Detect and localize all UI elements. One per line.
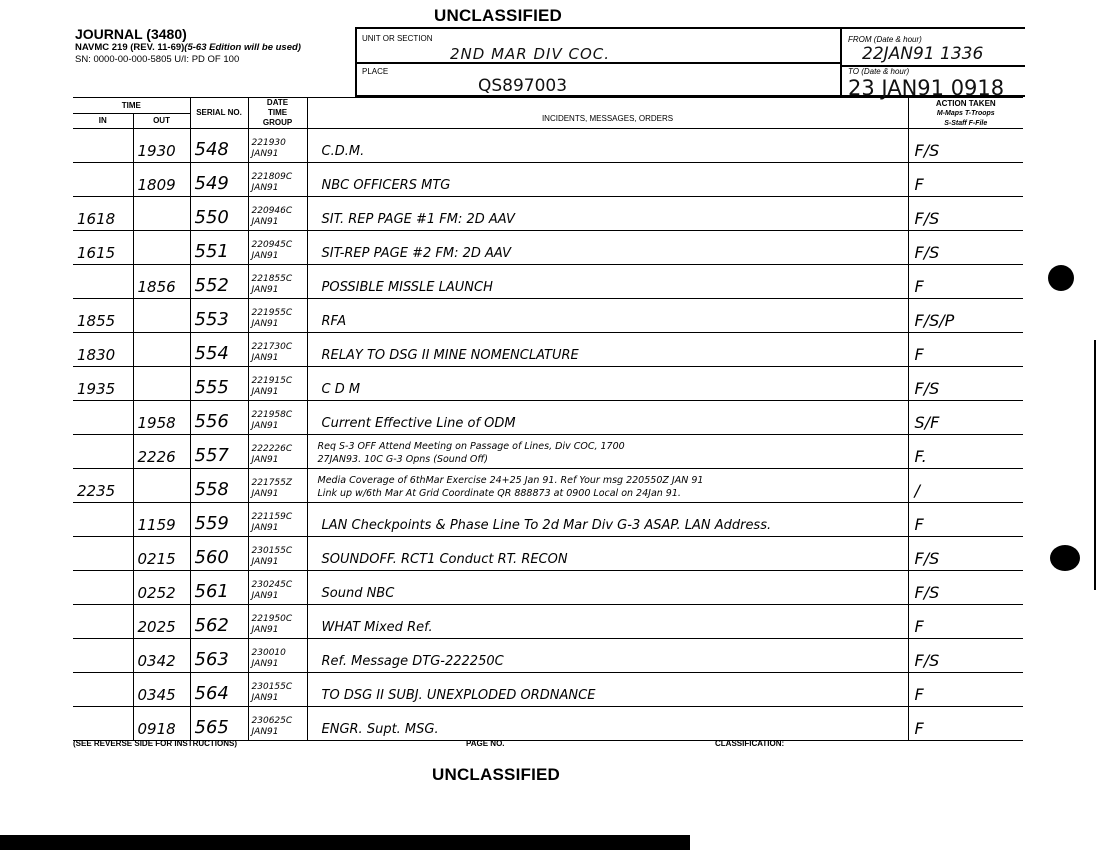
time-in-cell[interactable]: 2235 — [73, 469, 133, 503]
time-in-cell[interactable] — [73, 401, 133, 435]
time-in-cell[interactable] — [73, 129, 133, 163]
time-out-cell[interactable] — [133, 231, 190, 265]
journal-table: TIME SERIAL NO. DATETIMEGROUP INCIDENTS,… — [73, 97, 1023, 741]
action-cell[interactable]: / — [908, 469, 1023, 503]
message-cell[interactable]: NBC OFFICERS MTG — [307, 163, 908, 197]
action-cell[interactable]: F/S — [908, 639, 1023, 673]
journal-row[interactable]: 2235558221755ZJAN91Media Coverage of 6th… — [73, 469, 1023, 503]
dtg-cell[interactable]: 220946CJAN91 — [248, 197, 307, 231]
time-in-cell[interactable] — [73, 435, 133, 469]
message-cell[interactable]: RELAY TO DSG II MINE NOMENCLATURE — [307, 333, 908, 367]
from-label: FROM (Date & hour) — [848, 35, 922, 44]
dtg-cell[interactable]: 221958CJAN91 — [248, 401, 307, 435]
journal-row[interactable]: 2025562221950CJAN91WHAT Mixed Ref.F — [73, 605, 1023, 639]
serial-cell[interactable]: 549 — [190, 163, 248, 197]
journal-row[interactable]: 1855553221955CJAN91RFAF/S/P — [73, 299, 1023, 333]
col-incidents: INCIDENTS, MESSAGES, ORDERS — [307, 98, 908, 129]
time-in-cell[interactable] — [73, 503, 133, 537]
journal-row[interactable]: 0215560230155CJAN91SOUNDOFF. RCT1 Conduc… — [73, 537, 1023, 571]
serial-cell[interactable]: 550 — [190, 197, 248, 231]
action-cell[interactable]: S/F — [908, 401, 1023, 435]
dtg-cell[interactable]: 221755ZJAN91 — [248, 469, 307, 503]
serial-cell[interactable]: 563 — [190, 639, 248, 673]
action-cell[interactable]: F/S — [908, 197, 1023, 231]
journal-row[interactable]: 1930548221930JAN91C.D.M.F/S — [73, 129, 1023, 163]
time-in-cell[interactable]: 1615 — [73, 231, 133, 265]
time-in-cell[interactable]: 1618 — [73, 197, 133, 231]
message-cell[interactable]: SOUNDOFF. RCT1 Conduct RT. RECON — [307, 537, 908, 571]
unit-value[interactable]: 2ND MAR DIV COC. — [450, 45, 610, 63]
col-serial: SERIAL NO. — [190, 98, 248, 129]
action-cell[interactable]: F/S — [908, 231, 1023, 265]
action-cell[interactable]: F — [908, 673, 1023, 707]
serial-cell[interactable]: 557 — [190, 435, 248, 469]
classification-banner-top: UNCLASSIFIED — [434, 6, 562, 26]
journal-row[interactable]: 1618550220946CJAN91SIT. REP PAGE #1 FM: … — [73, 197, 1023, 231]
journal-row[interactable]: 1615551220945CJAN91SIT-REP PAGE #2 FM: 2… — [73, 231, 1023, 265]
time-in-cell[interactable]: 1830 — [73, 333, 133, 367]
footer-instructions: (SEE REVERSE SIDE FOR INSTRUCTIONS) — [73, 739, 237, 748]
classification-banner-bottom: UNCLASSIFIED — [432, 765, 560, 785]
serial-cell[interactable]: 565 — [190, 707, 248, 741]
footer-classification-label: CLASSIFICATION: — [715, 739, 784, 748]
action-cell[interactable]: F. — [908, 435, 1023, 469]
time-in-cell[interactable] — [73, 673, 133, 707]
time-in-cell[interactable] — [73, 571, 133, 605]
serial-cell[interactable]: 551 — [190, 231, 248, 265]
time-out-cell[interactable]: 2025 — [133, 605, 190, 639]
serial-cell[interactable]: 561 — [190, 571, 248, 605]
action-cell[interactable]: F/S/P — [908, 299, 1023, 333]
action-cell[interactable]: F — [908, 333, 1023, 367]
action-cell[interactable]: F/S — [908, 129, 1023, 163]
message-cell[interactable]: Media Coverage of 6thMar Exercise 24+25 … — [307, 469, 908, 503]
action-cell[interactable]: F/S — [908, 367, 1023, 401]
time-out-cell[interactable]: 2226 — [133, 435, 190, 469]
message-cell[interactable]: TO DSG II SUBJ. UNEXPLODED ORDNANCE — [307, 673, 908, 707]
message-cell[interactable]: LAN Checkpoints & Phase Line To 2d Mar D… — [307, 503, 908, 537]
col-action: ACTION TAKEN M-Maps T-Troops S-Staff F-F… — [908, 98, 1023, 129]
time-out-cell[interactable]: 0252 — [133, 571, 190, 605]
edition-note: (5-63 Edition will be used) — [184, 42, 301, 53]
serial-cell[interactable]: 552 — [190, 265, 248, 299]
journal-row[interactable]: 0918565230625CJAN91ENGR. Supt. MSG.F — [73, 707, 1023, 741]
time-out-cell[interactable]: 0215 — [133, 537, 190, 571]
time-in-cell[interactable] — [73, 707, 133, 741]
time-out-cell[interactable]: 1159 — [133, 503, 190, 537]
serial-cell[interactable]: 553 — [190, 299, 248, 333]
message-cell[interactable]: POSSIBLE MISSLE LAUNCH — [307, 265, 908, 299]
serial-cell[interactable]: 564 — [190, 673, 248, 707]
action-cell[interactable]: F — [908, 265, 1023, 299]
dtg-cell[interactable]: 230155CJAN91 — [248, 673, 307, 707]
message-cell[interactable]: ENGR. Supt. MSG. — [307, 707, 908, 741]
dtg-cell[interactable]: 221955CJAN91 — [248, 299, 307, 333]
col-dtg: DATETIMEGROUP — [248, 98, 307, 129]
serial-cell[interactable]: 548 — [190, 129, 248, 163]
form-title: JOURNAL (3480) — [75, 27, 301, 42]
header-top-rule — [355, 27, 1025, 29]
message-cell[interactable]: C D M — [307, 367, 908, 401]
header-row-1: TIME SERIAL NO. DATETIMEGROUP INCIDENTS,… — [73, 98, 1023, 114]
journal-row[interactable]: 0345564230155CJAN91TO DSG II SUBJ. UNEXP… — [73, 673, 1023, 707]
time-in-cell[interactable] — [73, 163, 133, 197]
dtg-cell[interactable]: 221915CJAN91 — [248, 367, 307, 401]
from-to-divider — [840, 27, 842, 95]
action-cell[interactable]: F — [908, 605, 1023, 639]
col-time: TIME — [73, 98, 190, 114]
dtg-cell[interactable]: 220945CJAN91 — [248, 231, 307, 265]
time-out-cell[interactable]: 1930 — [133, 129, 190, 163]
action-cell[interactable]: F/S — [908, 537, 1023, 571]
place-value[interactable]: QS897003 — [478, 76, 567, 96]
serial-cell[interactable]: 562 — [190, 605, 248, 639]
time-in-cell[interactable]: 1935 — [73, 367, 133, 401]
time-out-cell[interactable]: 1958 — [133, 401, 190, 435]
message-cell[interactable]: RFA — [307, 299, 908, 333]
dtg-cell[interactable]: 221950CJAN91 — [248, 605, 307, 639]
time-in-cell[interactable] — [73, 537, 133, 571]
scan-edge-line — [1094, 340, 1096, 590]
serial-cell[interactable]: 558 — [190, 469, 248, 503]
dtg-cell[interactable]: 221159CJAN91 — [248, 503, 307, 537]
message-cell[interactable]: Ref. Message DTG-222250C — [307, 639, 908, 673]
dtg-cell[interactable]: 230625CJAN91 — [248, 707, 307, 741]
serial-cell[interactable]: 555 — [190, 367, 248, 401]
time-out-cell[interactable]: 0345 — [133, 673, 190, 707]
time-in-cell[interactable] — [73, 639, 133, 673]
dtg-cell[interactable]: 222226CJAN91 — [248, 435, 307, 469]
action-cell[interactable]: F/S — [908, 571, 1023, 605]
time-out-cell[interactable] — [133, 197, 190, 231]
to-label: TO (Date & hour) — [848, 67, 909, 76]
serial-cell[interactable]: 556 — [190, 401, 248, 435]
message-cell[interactable]: SIT. REP PAGE #1 FM: 2D AAV — [307, 197, 908, 231]
time-out-cell[interactable]: 1809 — [133, 163, 190, 197]
journal-row[interactable]: 1830554221730CJAN91RELAY TO DSG II MINE … — [73, 333, 1023, 367]
unit-label: UNIT OR SECTION — [362, 34, 433, 43]
message-cell[interactable]: Current Effective Line of ODM — [307, 401, 908, 435]
time-in-cell[interactable]: 1855 — [73, 299, 133, 333]
journal-row[interactable]: 1856552221855CJAN91POSSIBLE MISSLE LAUNC… — [73, 265, 1023, 299]
journal-row[interactable]: 1935555221915CJAN91C D MF/S — [73, 367, 1023, 401]
dtg-cell[interactable]: 221730CJAN91 — [248, 333, 307, 367]
header-left-rule — [355, 27, 357, 95]
journal-row[interactable]: 2226557222226CJAN91Req S-3 OFF Attend Me… — [73, 435, 1023, 469]
dtg-cell[interactable]: 221855CJAN91 — [248, 265, 307, 299]
message-cell[interactable]: WHAT Mixed Ref. — [307, 605, 908, 639]
punch-hole-mark-bottom — [1050, 545, 1080, 571]
dtg-cell[interactable]: 230155CJAN91 — [248, 537, 307, 571]
message-cell[interactable]: C.D.M. — [307, 129, 908, 163]
from-value[interactable]: 22JAN91 1336 — [862, 44, 983, 64]
action-cell[interactable]: F — [908, 707, 1023, 741]
form-number: NAVMC 219 (REV. 11-69)(5-63 Edition will… — [75, 42, 301, 54]
scan-bottom-bar — [0, 835, 690, 850]
journal-row[interactable]: 0342563230010JAN91Ref. Message DTG-22225… — [73, 639, 1023, 673]
stock-line: SN: 0000-00-000-5805 U/I: PD OF 100 — [75, 54, 301, 66]
time-out-cell[interactable] — [133, 333, 190, 367]
dtg-cell[interactable]: 221930JAN91 — [248, 129, 307, 163]
time-in-cell[interactable] — [73, 605, 133, 639]
time-in-cell[interactable] — [73, 265, 133, 299]
form-title-block: JOURNAL (3480) NAVMC 219 (REV. 11-69)(5-… — [75, 27, 301, 66]
col-in: IN — [73, 114, 133, 129]
time-out-cell[interactable] — [133, 299, 190, 333]
col-out: OUT — [133, 114, 190, 129]
time-out-cell[interactable]: 0342 — [133, 639, 190, 673]
place-label: PLACE — [362, 67, 388, 76]
punch-hole-mark-top — [1048, 265, 1074, 291]
time-out-cell[interactable] — [133, 367, 190, 401]
journal-row[interactable]: 1958556221958CJAN91Current Effective Lin… — [73, 401, 1023, 435]
journal-row[interactable]: 1159559221159CJAN91LAN Checkpoints & Pha… — [73, 503, 1023, 537]
serial-cell[interactable]: 560 — [190, 537, 248, 571]
journal-row[interactable]: 0252561230245CJAN91Sound NBCF/S — [73, 571, 1023, 605]
dtg-cell[interactable]: 230010JAN91 — [248, 639, 307, 673]
serial-cell[interactable]: 559 — [190, 503, 248, 537]
footer-page-no-label: PAGE NO. — [466, 739, 505, 748]
message-cell[interactable]: Req S-3 OFF Attend Meeting on Passage of… — [307, 435, 908, 469]
journal-row[interactable]: 1809549221809CJAN91NBC OFFICERS MTGF — [73, 163, 1023, 197]
serial-cell[interactable]: 554 — [190, 333, 248, 367]
message-cell[interactable]: Sound NBC — [307, 571, 908, 605]
dtg-cell[interactable]: 221809CJAN91 — [248, 163, 307, 197]
time-out-cell[interactable] — [133, 469, 190, 503]
unit-place-divider — [355, 62, 840, 64]
action-cell[interactable]: F — [908, 163, 1023, 197]
dtg-cell[interactable]: 230245CJAN91 — [248, 571, 307, 605]
message-cell[interactable]: SIT-REP PAGE #2 FM: 2D AAV — [307, 231, 908, 265]
time-out-cell[interactable]: 1856 — [133, 265, 190, 299]
action-cell[interactable]: F — [908, 503, 1023, 537]
time-out-cell[interactable]: 0918 — [133, 707, 190, 741]
